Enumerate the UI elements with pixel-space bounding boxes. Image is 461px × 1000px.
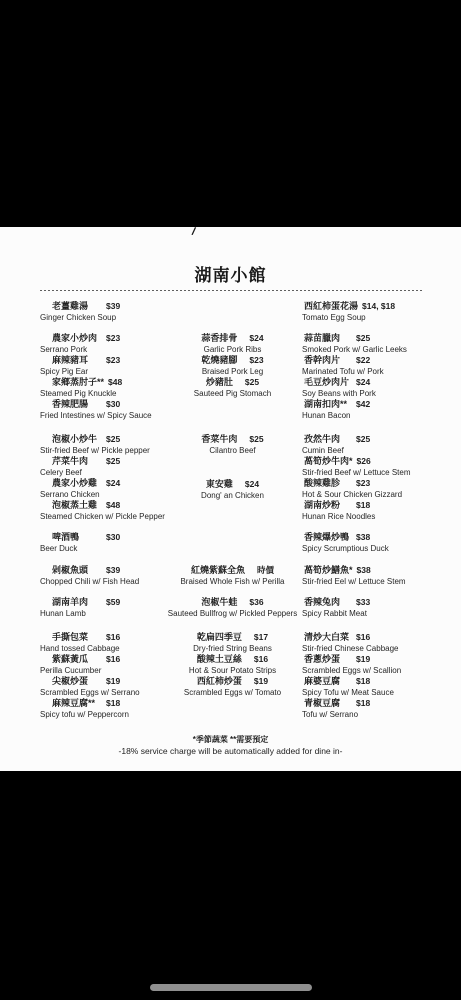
- menu-item-price: $19: [106, 676, 120, 686]
- menu-item: 老薑雞湯$39 Ginger Chicken Soup: [40, 301, 120, 323]
- menu-item-price: $26: [357, 456, 371, 466]
- menu-item-price: $25: [106, 456, 120, 466]
- menu-item-name-en: Cumin Beef: [302, 445, 411, 456]
- menu-item-price: $30: [106, 532, 120, 542]
- menu-item-price: $18: [106, 698, 120, 708]
- menu-item-name-en: Steamed Chicken w/ Pickle Pepper: [40, 511, 165, 522]
- menu-item-name-en: Hunan Rice Noodles: [302, 511, 411, 522]
- menu-item-price: $38: [357, 565, 371, 575]
- menu-item-name-zh: 香蔥炒蛋: [304, 654, 352, 665]
- menu-item-name-zh: 農家小炒雞: [52, 478, 102, 489]
- menu-column-right: 萵筍炒鱔魚*$38 Stir-fried Eel w/ Lettuce Stem…: [302, 565, 406, 619]
- menu-item-price: $42: [356, 399, 370, 409]
- menu-item-price: $19: [254, 676, 268, 686]
- menu-item: 手撕包菜$16 Hand tossed Cabbage: [40, 632, 140, 654]
- menu-item-name-en: Hunan Bacon: [302, 410, 407, 421]
- menu-item-name-en: Stir-fried Chinese Cabbage: [302, 643, 401, 654]
- menu-item-name-en: Spicy Rabbit Meat: [302, 608, 406, 619]
- menu-item-name-zh: 芹菜牛肉: [52, 456, 102, 467]
- menu-item: 湖南羊肉$59 Hunan Lamb: [40, 597, 139, 619]
- menu-item-price: $16: [254, 654, 268, 664]
- photo-artifact-mark: /: [191, 226, 197, 238]
- menu-item: 香辣兔肉$33 Spicy Rabbit Meat: [302, 597, 406, 619]
- menu-item-name-zh: 家鄉蒸肘子**: [52, 377, 104, 388]
- menu-item-name-zh: 西紅柿炒蛋: [197, 676, 242, 686]
- menu-item-name-zh: 西紅柿蛋花湯: [304, 301, 358, 312]
- menu-item-name-zh: 泡椒牛蛙: [201, 597, 237, 607]
- menu-item-name-en: Tofu w/ Serrano: [302, 709, 401, 720]
- menu-item: 啤酒鴨$30 Beer Duck: [40, 532, 165, 554]
- menu-item-name-zh: 清炒大白菜: [304, 632, 352, 643]
- menu-item-name-zh: 酸辣土豆絲: [197, 654, 242, 664]
- menu-item-price: $18: [356, 500, 370, 510]
- menu-item-name-en: Tomato Egg Soup: [302, 312, 395, 323]
- menu-item-name-en: Stir-fried Beef w/ Lettuce Stem: [302, 467, 411, 478]
- menu-item-price: $30: [106, 399, 120, 409]
- menu-item-name-zh: 青椒豆腐: [304, 698, 352, 709]
- service-charge-note: -18% service charge will be automaticall…: [0, 746, 461, 756]
- menu-item-name-en: Hand tossed Cabbage: [40, 643, 140, 654]
- menu-item-name-zh: 麻辣豆腐**: [52, 698, 102, 709]
- menu-item-price: $24: [106, 478, 120, 488]
- menu-item-name-en: Stir-fried Eel w/ Lettuce Stem: [302, 576, 406, 587]
- menu-item-price: $24: [356, 377, 370, 387]
- menu-item: 湖南扣肉**$42 Hunan Bacon: [302, 399, 407, 421]
- menu-item-name-zh: 湖南扣肉**: [304, 399, 352, 410]
- menu-item-price: $24: [249, 333, 263, 343]
- menu-item: 紫蘇黃瓜$16 Perilla Cucumber: [40, 654, 140, 676]
- menu-item: 泡椒蒸土雞$48 Steamed Chicken w/ Pickle Peppe…: [40, 500, 165, 522]
- menu-item-name-en: Spicy tofu w/ Peppercorn: [40, 709, 140, 720]
- menu-item-price: $38: [356, 532, 370, 542]
- menu-item-price: $25: [249, 434, 263, 444]
- menu-item-name-zh: 剁椒魚頭: [52, 565, 102, 576]
- menu-item-price: $16: [106, 632, 120, 642]
- menu-item: 西紅柿蛋花湯$14, $18 Tomato Egg Soup: [302, 301, 395, 323]
- menu-column-left: 手撕包菜$16 Hand tossed Cabbage 紫蘇黃瓜$16 Peri…: [40, 632, 140, 720]
- menu-item-price: $23: [106, 355, 120, 365]
- menu-item: 青椒豆腐$18 Tofu w/ Serrano: [302, 698, 401, 720]
- menu-column-right: 蒜苗臘肉$25 Smoked Pork w/ Garlic Leeks 香幹肉片…: [302, 333, 407, 421]
- menu-item-name-en: Perilla Cucumber: [40, 665, 140, 676]
- title-divider-line: [40, 290, 424, 291]
- menu-item-name-zh: 麻辣豬耳: [52, 355, 102, 366]
- menu-item-price: 時價: [257, 565, 274, 575]
- menu-item: 香辣肥腸$30 Fried Intestines w/ Spicy Sauce: [40, 399, 152, 421]
- menu-item-name-en: Hot & Sour Chicken Gizzard: [302, 489, 411, 500]
- menu-item-price: $16: [106, 654, 120, 664]
- menu-item: 毛豆炒肉片$24 Soy Beans with Pork: [302, 377, 407, 399]
- menu-item-name-en: Soy Beans with Pork: [302, 388, 407, 399]
- menu-item-price: $48: [108, 377, 122, 387]
- menu-item-price: $18: [356, 676, 370, 686]
- menu-item-name-zh: 炒豬肚: [206, 377, 233, 387]
- menu-item-name-zh: 香幹肉片: [304, 355, 352, 366]
- menu-item: 湖南炒粉$18 Hunan Rice Noodles: [302, 500, 411, 522]
- home-indicator-bar[interactable]: [150, 984, 312, 991]
- menu-item-name-en: Marinated Tofu w/ Pork: [302, 366, 407, 377]
- menu-item-price: $25: [356, 333, 370, 343]
- menu-item-name-zh: 啤酒鴨: [52, 532, 102, 543]
- menu-item-price: $25: [356, 434, 370, 444]
- menu-item-price: $48: [106, 500, 120, 510]
- menu-item: 香蔥炒蛋$19 Scrambled Eggs w/ Scallion: [302, 654, 401, 676]
- menu-item-price: $33: [356, 597, 370, 607]
- menu-item-price: $24: [245, 479, 259, 489]
- menu-item-name-zh: 蒜香排骨: [201, 333, 237, 343]
- menu-item-name-zh: 尖椒炒蛋: [52, 676, 102, 687]
- seasonal-note: *季節蔬菜 **需要預定: [0, 734, 461, 745]
- menu-item: 萵筍炒牛肉*$26 Stir-fried Beef w/ Lettuce Ste…: [302, 456, 411, 478]
- menu-item-price: $23: [356, 478, 370, 488]
- menu-column-right: 清炒大白菜$16 Stir-fried Chinese Cabbage 香蔥炒蛋…: [302, 632, 401, 720]
- menu-item-name-zh: 湖南炒粉: [304, 500, 352, 511]
- menu-item-name-zh: 紫蘇黃瓜: [52, 654, 102, 665]
- menu-item: 香幹肉片$22 Marinated Tofu w/ Pork: [302, 355, 407, 377]
- menu-item-name-en: Chopped Chili w/ Fish Head: [40, 576, 139, 587]
- restaurant-title: 湖南小館: [0, 261, 461, 286]
- menu-item-name-en: Smoked Pork w/ Garlic Leeks: [302, 344, 407, 355]
- menu-item-price: $36: [249, 597, 263, 607]
- menu-item-name-zh: 香辣爆炒鴨: [304, 532, 352, 543]
- menu-item-name-zh: 麻婆豆腐: [304, 676, 352, 687]
- menu-item-name-zh: 萵筍炒鱔魚*: [304, 565, 353, 576]
- menu-item-name-zh: 手撕包菜: [52, 632, 102, 643]
- menu-item-name-zh: 酸辣雞胗: [304, 478, 352, 489]
- menu-column-right: 西紅柿蛋花湯$14, $18 Tomato Egg Soup: [302, 301, 395, 323]
- menu-item-name-en: Ginger Chicken Soup: [40, 312, 120, 323]
- menu-item: 蒜苗臘肉$25 Smoked Pork w/ Garlic Leeks: [302, 333, 407, 355]
- menu-column-left: 老薑雞湯$39 Ginger Chicken Soup: [40, 301, 120, 323]
- menu-item-name-zh: 香菜牛肉: [201, 434, 237, 444]
- menu-item-price: $23: [106, 333, 120, 343]
- menu-column-left: 剁椒魚頭$39 Chopped Chili w/ Fish Head 湖南羊肉$…: [40, 565, 139, 619]
- menu-item-price: $59: [106, 597, 120, 607]
- menu-item-name-zh: 老薑雞湯: [52, 301, 102, 312]
- menu-item: 尖椒炒蛋$19 Scrambled Eggs w/ Serrano: [40, 676, 140, 698]
- menu-item: 香辣爆炒鴨$38 Spicy Scrumptious Duck: [302, 532, 411, 554]
- menu-item: 剁椒魚頭$39 Chopped Chili w/ Fish Head: [40, 565, 139, 587]
- menu-item-name-zh: 香辣兔肉: [304, 597, 352, 608]
- menu-item: 麻辣豆腐**$18 Spicy tofu w/ Peppercorn: [40, 698, 140, 720]
- menu-item-name-zh: 毛豆炒肉片: [304, 377, 352, 388]
- menu-item-name-en: Beer Duck: [40, 543, 165, 554]
- menu-column-right: 孜然牛肉$25 Cumin Beef 萵筍炒牛肉*$26 Stir-fried …: [302, 434, 411, 554]
- menu-item-name-zh: 乾燒豬腳: [201, 355, 237, 365]
- menu-item-name-zh: 孜然牛肉: [304, 434, 352, 445]
- menu-item-price: $25: [106, 434, 120, 444]
- menu-item-price: $39: [106, 301, 120, 311]
- menu-item-name-zh: 香辣肥腸: [52, 399, 102, 410]
- menu-item-name-zh: 農家小炒肉: [52, 333, 102, 344]
- menu-item-name-en: Spicy Scrumptious Duck: [302, 543, 411, 554]
- menu-item-name-en: Fried Intestines w/ Spicy Sauce: [40, 410, 152, 421]
- menu-item-name-en: Spicy Tofu w/ Meat Sauce: [302, 687, 401, 698]
- menu-item-name-zh: 東安雞: [206, 479, 233, 489]
- menu-item-name-zh: 湖南羊肉: [52, 597, 102, 608]
- menu-item: 萵筍炒鱔魚*$38 Stir-fried Eel w/ Lettuce Stem: [302, 565, 406, 587]
- menu-item-price: $17: [254, 632, 268, 642]
- menu-item-price: $22: [356, 355, 370, 365]
- menu-item: 麻婆豆腐$18 Spicy Tofu w/ Meat Sauce: [302, 676, 401, 698]
- menu-item-name-en: Hunan Lamb: [40, 608, 139, 619]
- menu-item-price: $18: [356, 698, 370, 708]
- menu-item-name-zh: 乾扁四季豆: [197, 632, 242, 642]
- menu-photo: / 湖南小館 老薑雞湯$39 Ginger Chicken Soup 西紅柿蛋花…: [0, 227, 461, 771]
- menu-item-price: $14, $18: [362, 301, 395, 311]
- menu-item-price: $16: [356, 632, 370, 642]
- menu-item-price: $25: [245, 377, 259, 387]
- menu-item-name-zh: 紅燒紫蘇全魚: [191, 565, 245, 575]
- menu-item-price: $39: [106, 565, 120, 575]
- menu-item-name-en: Scrambled Eggs w/ Scallion: [302, 665, 401, 676]
- menu-item-name-zh: 泡椒蒸土雞: [52, 500, 102, 511]
- menu-item-price: $19: [356, 654, 370, 664]
- menu-item-name-en: Scrambled Eggs w/ Serrano: [40, 687, 140, 698]
- menu-item-price: $23: [249, 355, 263, 365]
- menu-item: 孜然牛肉$25 Cumin Beef: [302, 434, 411, 456]
- menu-item: 清炒大白菜$16 Stir-fried Chinese Cabbage: [302, 632, 401, 654]
- menu-item-name-zh: 泡椒小炒牛: [52, 434, 102, 445]
- menu-item: 酸辣雞胗$23 Hot & Sour Chicken Gizzard: [302, 478, 411, 500]
- menu-item-name-zh: 萵筍炒牛肉*: [304, 456, 353, 467]
- menu-item-name-zh: 蒜苗臘肉: [304, 333, 352, 344]
